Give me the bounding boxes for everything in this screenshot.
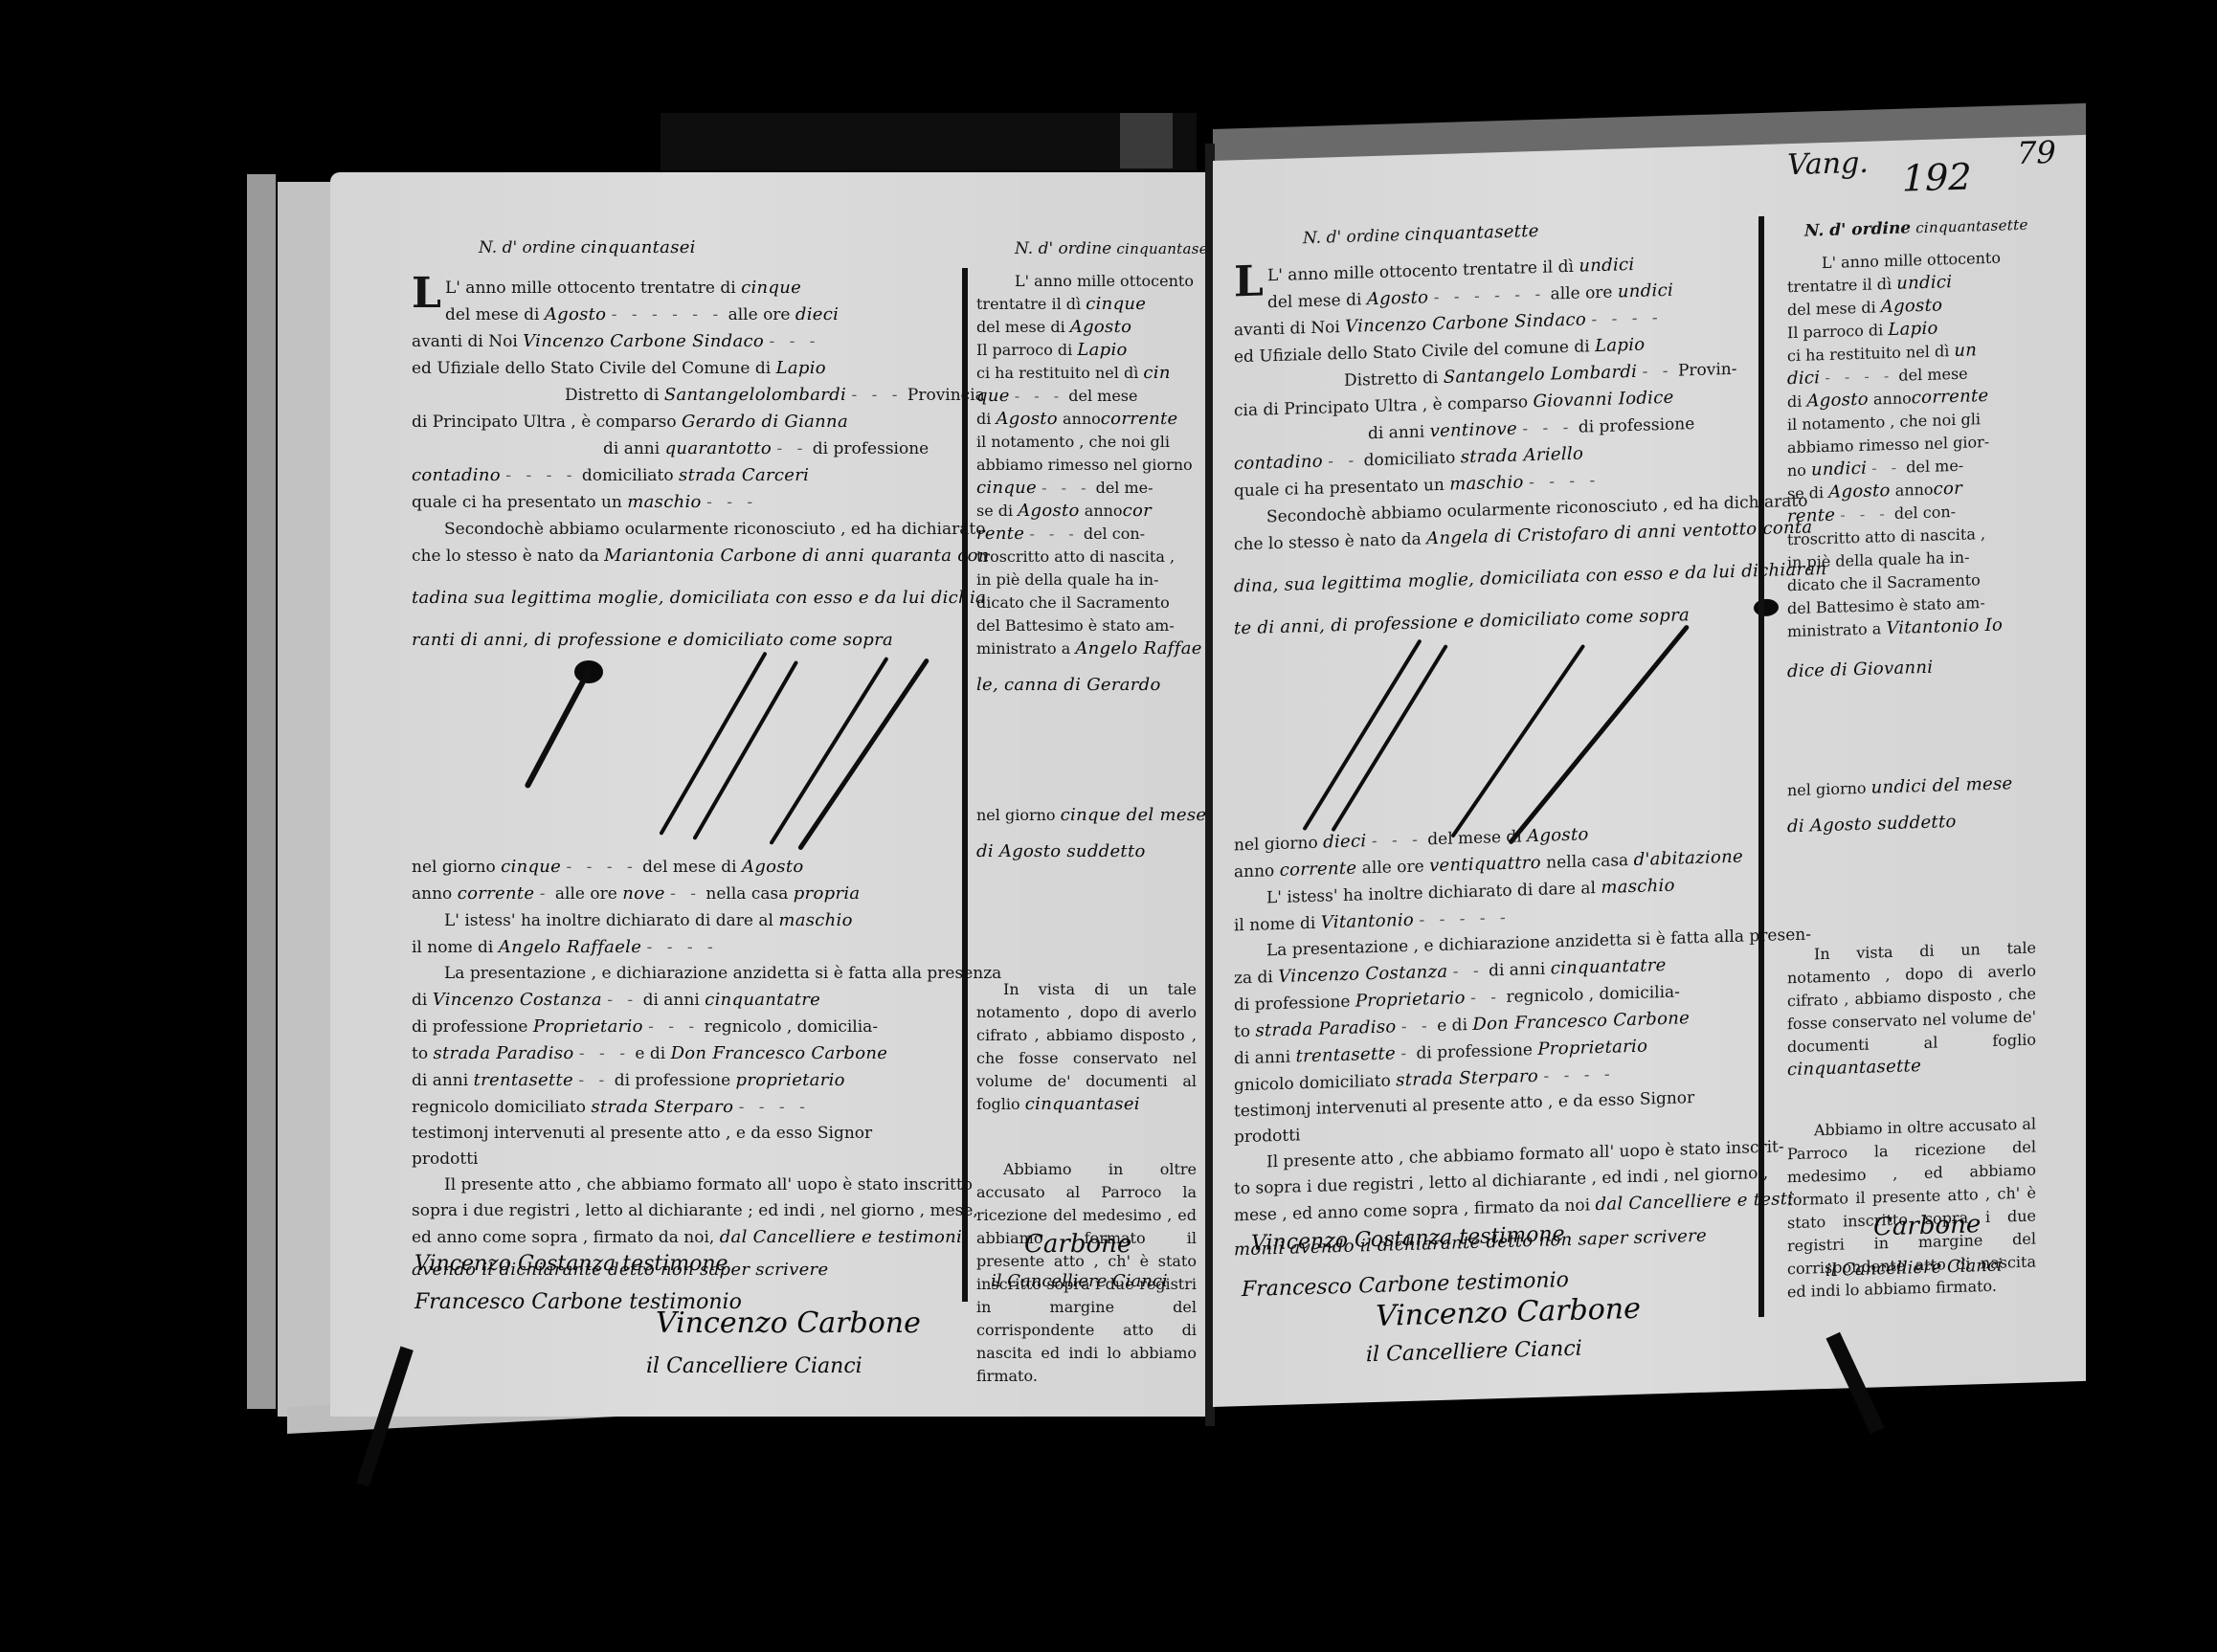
margin-line: ci ha restituito nel dì cin (976, 362, 1197, 385)
left-line-4: Distretto di Santangelolombardi - - - Pr… (412, 382, 972, 409)
cancellation-stroke (1331, 644, 1448, 832)
margin-line: Il parroco di Lapio (976, 339, 1197, 362)
left-lower-4: La presentazione , e dichiarazione anzid… (412, 961, 972, 987)
left-lower-1: anno corrente - alle ore nove - - nella … (412, 881, 972, 907)
left-page: N. d' ordine cinquantasei LL' anno mille… (330, 172, 1213, 1417)
margin-paragraph-1: In vista di un tale notamento , dopo di … (976, 978, 1197, 1116)
signature-chancellor: il Cancelliere Cianci (646, 1354, 862, 1378)
signature-witness-1: Vincenzo Costanza testimone (414, 1252, 728, 1276)
right-main-column: N. d' ordine cinquantasette LL' anno mil… (1234, 212, 1770, 643)
left-lower-8: di anni trentasette - - di professione p… (412, 1067, 972, 1094)
margin-line: trentatre il dì cinque (976, 293, 1197, 316)
left-main-column: N. d' ordine cinquantasei LL' anno mille… (412, 234, 972, 654)
left-order-number: N. d' ordine cinquantasei (412, 234, 972, 261)
left-line-0: LL' anno mille ottocento trentatre di ci… (412, 275, 972, 301)
margin-line: que - - - del mese (976, 385, 1197, 408)
folio-number-79: 79 (2017, 135, 2056, 171)
margin-line: le, canna di Gerardo (976, 674, 1197, 697)
margin-line: del mese di Agosto (976, 316, 1197, 339)
left-line-10: che lo stesso è nato da Mariantonia Carb… (412, 543, 972, 569)
margin-paragraph-1: In vista di un tale notamento , dopo di … (1787, 936, 2036, 1082)
page-stack-edge (278, 182, 331, 1417)
margin-line: nel giorno undici del mese (1787, 771, 2036, 802)
column-divider (962, 268, 968, 1302)
right-page: N. d' ordine cinquantasette LL' anno mil… (1213, 135, 2086, 1407)
left-line-9: Secondochè abbiamo ocularmente riconosci… (412, 516, 972, 543)
margin-line: ministrato a Angelo Raffae (976, 637, 1197, 660)
right-order-number: N. d' ordine cinquantasette (1234, 212, 1770, 255)
left-lower-9: regnicolo domiciliato strada Sterparo - … (412, 1094, 972, 1121)
left-margin-order: N. d' ordine cinquantasei (976, 237, 1197, 260)
left-line-7: contadino - - - - domiciliato strada Car… (412, 462, 972, 489)
margin-line: L' anno mille ottocento (976, 270, 1197, 293)
margin-line: dice di Giovanni (1787, 653, 2036, 683)
right-margin-column: N. d' ordine cinquantasette L' anno mill… (1787, 212, 2036, 1304)
right-line-11: dina, sua legittima moglie, domiciliata … (1234, 558, 1770, 601)
left-lower-14: ed anno come sopra , firmato da noi, dal… (412, 1224, 972, 1251)
left-lower-13: sopra i due registri , letto al dichiara… (412, 1198, 972, 1224)
cancellation-stroke (797, 658, 929, 851)
left-lower-7: to strada Paradiso - - - e di Don France… (412, 1040, 972, 1067)
column-divider (1758, 216, 1764, 1317)
right-margin-order: N. d' ordine cinquantasette (1787, 212, 2036, 243)
folio-annotation: Vang. (1787, 146, 1869, 183)
margin-line: il notamento , che noi gli (976, 431, 1197, 454)
left-lower-5: di Vincenzo Costanza - - di anni cinquan… (412, 987, 972, 1014)
cancellation-stroke (769, 657, 888, 845)
left-main-lower: nel giorno cinque - - - - del mese di Ag… (412, 854, 972, 1284)
signature-mayor: Vincenzo Carbone (1376, 1292, 1641, 1333)
left-lower-11: prodotti (412, 1147, 972, 1172)
margin-line: del Battesimo è stato am- (976, 614, 1197, 637)
margin-line: di Agosto annocorrente (976, 408, 1197, 431)
margin-line: abbiamo rimesso nel giorno (976, 454, 1197, 477)
margin-line: cinque - - - del me- (976, 477, 1197, 500)
cancellation-stroke (1302, 639, 1422, 832)
margin-signature-mayor: Carbone (1873, 1210, 1981, 1241)
left-line-3: ed Ufiziale dello Stato Civile del Comun… (412, 355, 972, 382)
left-line-11: tadina sua legittima moglie, domiciliata… (412, 585, 972, 612)
binding-strip (661, 113, 1197, 170)
right-line-12: te di anni, di professione e domiciliato… (1234, 600, 1770, 643)
left-lower-0: nel giorno cinque - - - - del mese di Ag… (412, 854, 972, 881)
left-line-5: di Principato Ultra , è comparso Gerardo… (412, 409, 972, 435)
left-lower-6: di professione Proprietario - - - regnic… (412, 1014, 972, 1040)
left-lower-2: L' istess' ha inoltre dichiarato di dare… (412, 907, 972, 934)
margin-signature-chancellor: il Cancelliere Cianci (991, 1271, 1168, 1291)
page-stack-edge (247, 174, 276, 1409)
left-line-6: di anni quarantotto - - di professione (412, 435, 972, 462)
cancellation-stroke (1508, 624, 1690, 845)
left-lower-3: il nome di Angelo Raffaele - - - - (412, 934, 972, 961)
left-line-8: quale ci ha presentato un maschio - - - (412, 489, 972, 516)
margin-line: nel giorno cinque del mese (976, 804, 1197, 827)
margin-line: di Agosto suddetto (1787, 808, 2036, 838)
right-main-lower: nel giorno dieci - - - del mese di Agost… (1234, 816, 1770, 1264)
margin-line: di Agosto suddetto (976, 840, 1197, 863)
left-line-2: avanti di Noi Vincenzo Carbone Sindaco -… (412, 328, 972, 355)
margin-line: in piè della quale ha in- (976, 569, 1197, 592)
left-line-12: ranti di anni, di professione e domicili… (412, 627, 972, 654)
margin-line: dicato che il Sacramento (976, 592, 1197, 614)
ink-blot (1754, 598, 1779, 616)
margin-line: troscritto atto di nascita , (976, 546, 1197, 569)
left-margin-column: N. d' ordine cinquantasei L' anno mille … (976, 237, 1197, 1388)
signature-mayor: Vincenzo Carbone (656, 1306, 921, 1340)
cancellation-stroke (1450, 644, 1585, 838)
binding-tab (1120, 113, 1173, 168)
signature-chancellor: il Cancelliere Cianci (1366, 1337, 1582, 1368)
cancellation-stroke (524, 668, 592, 789)
margin-line: rente - - - del con- (976, 523, 1197, 546)
left-line-1: del mese di Agosto - - - - - - alle ore … (412, 301, 972, 328)
margin-signature-mayor: Carbone (1024, 1230, 1131, 1259)
left-lower-10: testimonj intervenuti al presente atto ,… (412, 1121, 972, 1147)
folio-number-192: 192 (1902, 155, 1972, 199)
left-lower-12: Il presente atto , che abbiamo formato a… (412, 1172, 972, 1198)
margin-line: se di Agosto annocor (976, 500, 1197, 523)
